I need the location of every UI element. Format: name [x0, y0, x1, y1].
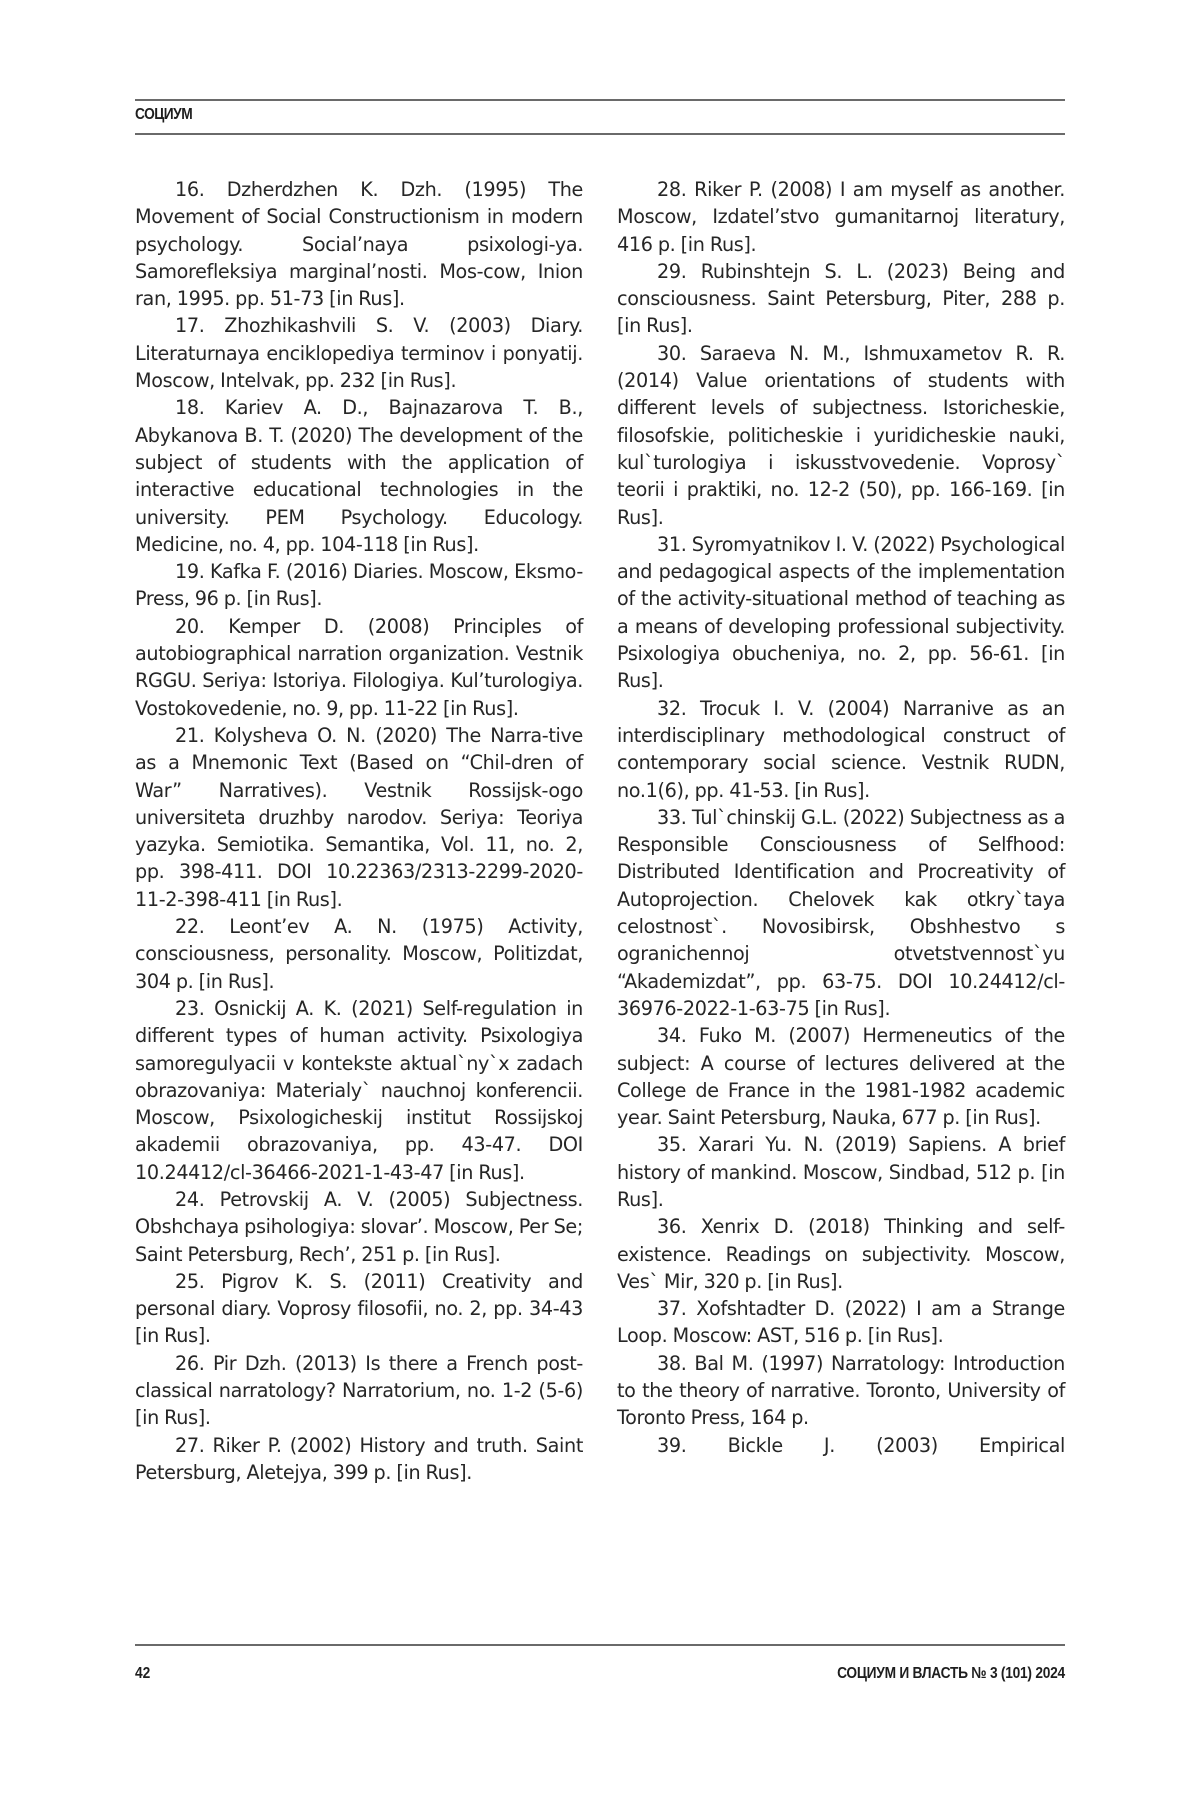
reference-item-17: 17. Zhozhikashvili S. V. (2003) Diary. L… [135, 312, 583, 394]
reference-item-34: 34. Fuko M. (2007) Hermeneutics of the s… [617, 1022, 1065, 1131]
references-left-column: 16. Dzherdzhen K. Dzh. (1995) The Moveme… [135, 176, 583, 1486]
reference-item-23: 23. Osnickij A. K. (2021) Self-regulatio… [135, 995, 583, 1186]
reference-item-26: 26. Pir Dzh. (2013) Is there a French po… [135, 1350, 583, 1432]
reference-item-18: 18. Kariev A. D., Bajnazarova T. B., Aby… [135, 394, 583, 558]
reference-item-16: 16. Dzherdzhen K. Dzh. (1995) The Moveme… [135, 176, 583, 312]
reference-item-30: 30. Saraeva N. M., Ishmuxametov R. R. (2… [617, 340, 1065, 531]
reference-item-35: 35. Xarari Yu. N. (2019) Sapiens. A brie… [617, 1131, 1065, 1213]
header-top-rule [135, 99, 1065, 101]
reference-item-31: 31. Syromyatnikov I. V. (2022) Psycholog… [617, 531, 1065, 695]
reference-item-28: 28. Riker P. (2008) I am myself as anoth… [617, 176, 1065, 258]
page-number: 42 [135, 1665, 150, 1683]
reference-item-21: 21. Kolysheva O. N. (2020) The Narra-tiv… [135, 722, 583, 913]
reference-item-36: 36. Xenrix D. (2018) Thinking and self-e… [617, 1213, 1065, 1295]
reference-item-39: 39. Bickle J. (2003) Empirical [617, 1432, 1065, 1459]
reference-item-37: 37. Xofshtadter D. (2022) I am a Strange… [617, 1295, 1065, 1350]
journal-issue: СОЦИУМ И ВЛАСТЬ № 3 (101) 2024 [837, 1665, 1065, 1683]
reference-item-29: 29. Rubinshtejn S. L. (2023) Being and c… [617, 258, 1065, 340]
footer-rule [135, 1644, 1065, 1646]
reference-item-25: 25. Pigrov K. S. (2011) Creativity and p… [135, 1268, 583, 1350]
reference-item-32: 32. Trocuk I. V. (2004) Narranive as an … [617, 695, 1065, 804]
running-head-title: СОЦИУМ [135, 106, 192, 124]
reference-item-22: 22. Leont’ev A. N. (1975) Activity, cons… [135, 913, 583, 995]
reference-item-19: 19. Kafka F. (2016) Diaries. Moscow, Eks… [135, 558, 583, 613]
references-right-column: 28. Riker P. (2008) I am myself as anoth… [617, 176, 1065, 1459]
reference-item-27: 27. Riker P. (2002) History and truth. S… [135, 1432, 583, 1487]
header-bottom-rule [135, 133, 1065, 135]
reference-item-38: 38. Bal M. (1997) Narratology: Introduct… [617, 1350, 1065, 1432]
reference-item-20: 20. Kemper D. (2008) Principles of autob… [135, 613, 583, 722]
reference-item-33: 33. Tul`chinskij G.L. (2022) Subjectness… [617, 804, 1065, 1022]
reference-item-24: 24. Petrovskij A. V. (2005) Subjectness.… [135, 1186, 583, 1268]
